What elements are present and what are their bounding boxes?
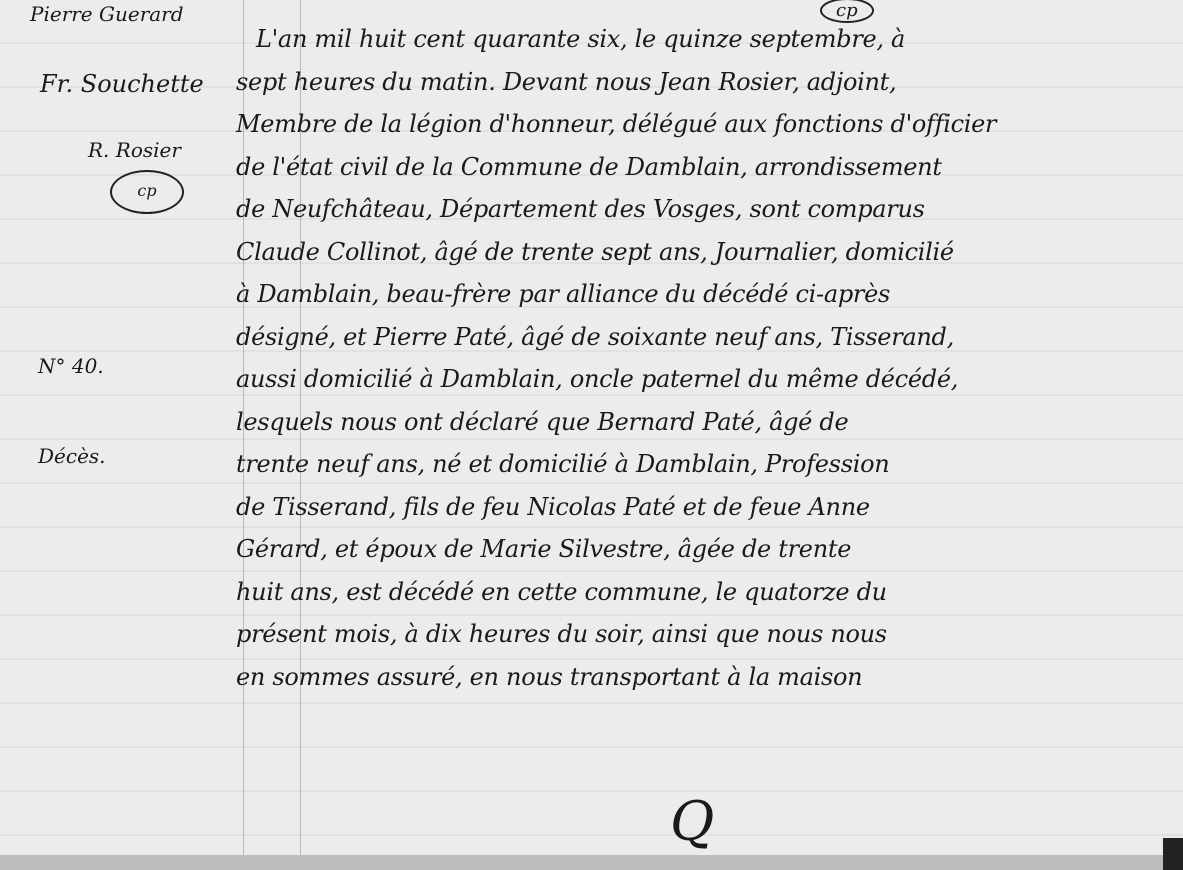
record-number: N° 40. [38, 354, 104, 378]
document-page: cp Pierre Guerard Fr. Souchette R. Rosie… [0, 0, 1183, 855]
margin-column: Pierre Guerard Fr. Souchette R. Rosier c… [0, 0, 240, 855]
body-line: Membre de la légion d'honneur, délégué a… [236, 103, 1176, 146]
body-line: aussi domicilié à Damblain, oncle patern… [236, 358, 1176, 401]
body-line: de l'état civil de la Commune de Damblai… [236, 146, 1176, 189]
body-line: en sommes assuré, en nous transportant à… [236, 656, 1176, 699]
body-line: trente neuf ans, né et domicilié à Dambl… [236, 443, 1176, 486]
body-line: lesquels nous ont déclaré que Bernard Pa… [236, 401, 1176, 444]
body-line: sept heures du matin. Devant nous Jean R… [236, 61, 1176, 104]
body-line: présent mois, à dix heures du soir, ains… [236, 613, 1176, 656]
signature-1: Pierre Guerard [30, 2, 184, 26]
signature-3: R. Rosier [88, 138, 181, 162]
body-line: désigné, et Pierre Paté, âgé de soixante… [236, 316, 1176, 359]
body-line: de Tisserand, fils de feu Nicolas Paté e… [236, 486, 1176, 529]
body-line: L'an mil huit cent quarante six, le quin… [236, 18, 1176, 61]
margin-seal: cp [110, 170, 184, 214]
body-line: Claude Collinot, âgé de trente sept ans,… [236, 231, 1176, 274]
record-type: Décès. [38, 444, 106, 468]
body-line: Gérard, et époux de Marie Silvestre, âgé… [236, 528, 1176, 571]
page-edge [0, 855, 1183, 870]
scan-corner [1163, 838, 1183, 870]
closing-flourish: Q [670, 790, 714, 853]
body-line: huit ans, est décédé en cette commune, l… [236, 571, 1176, 614]
signature-2: Fr. Souchette [40, 70, 204, 98]
body-line: à Damblain, beau-frère par alliance du d… [236, 273, 1176, 316]
body-line: de Neufchâteau, Département des Vosges, … [236, 188, 1176, 231]
record-body: L'an mil huit cent quarante six, le quin… [236, 18, 1176, 698]
